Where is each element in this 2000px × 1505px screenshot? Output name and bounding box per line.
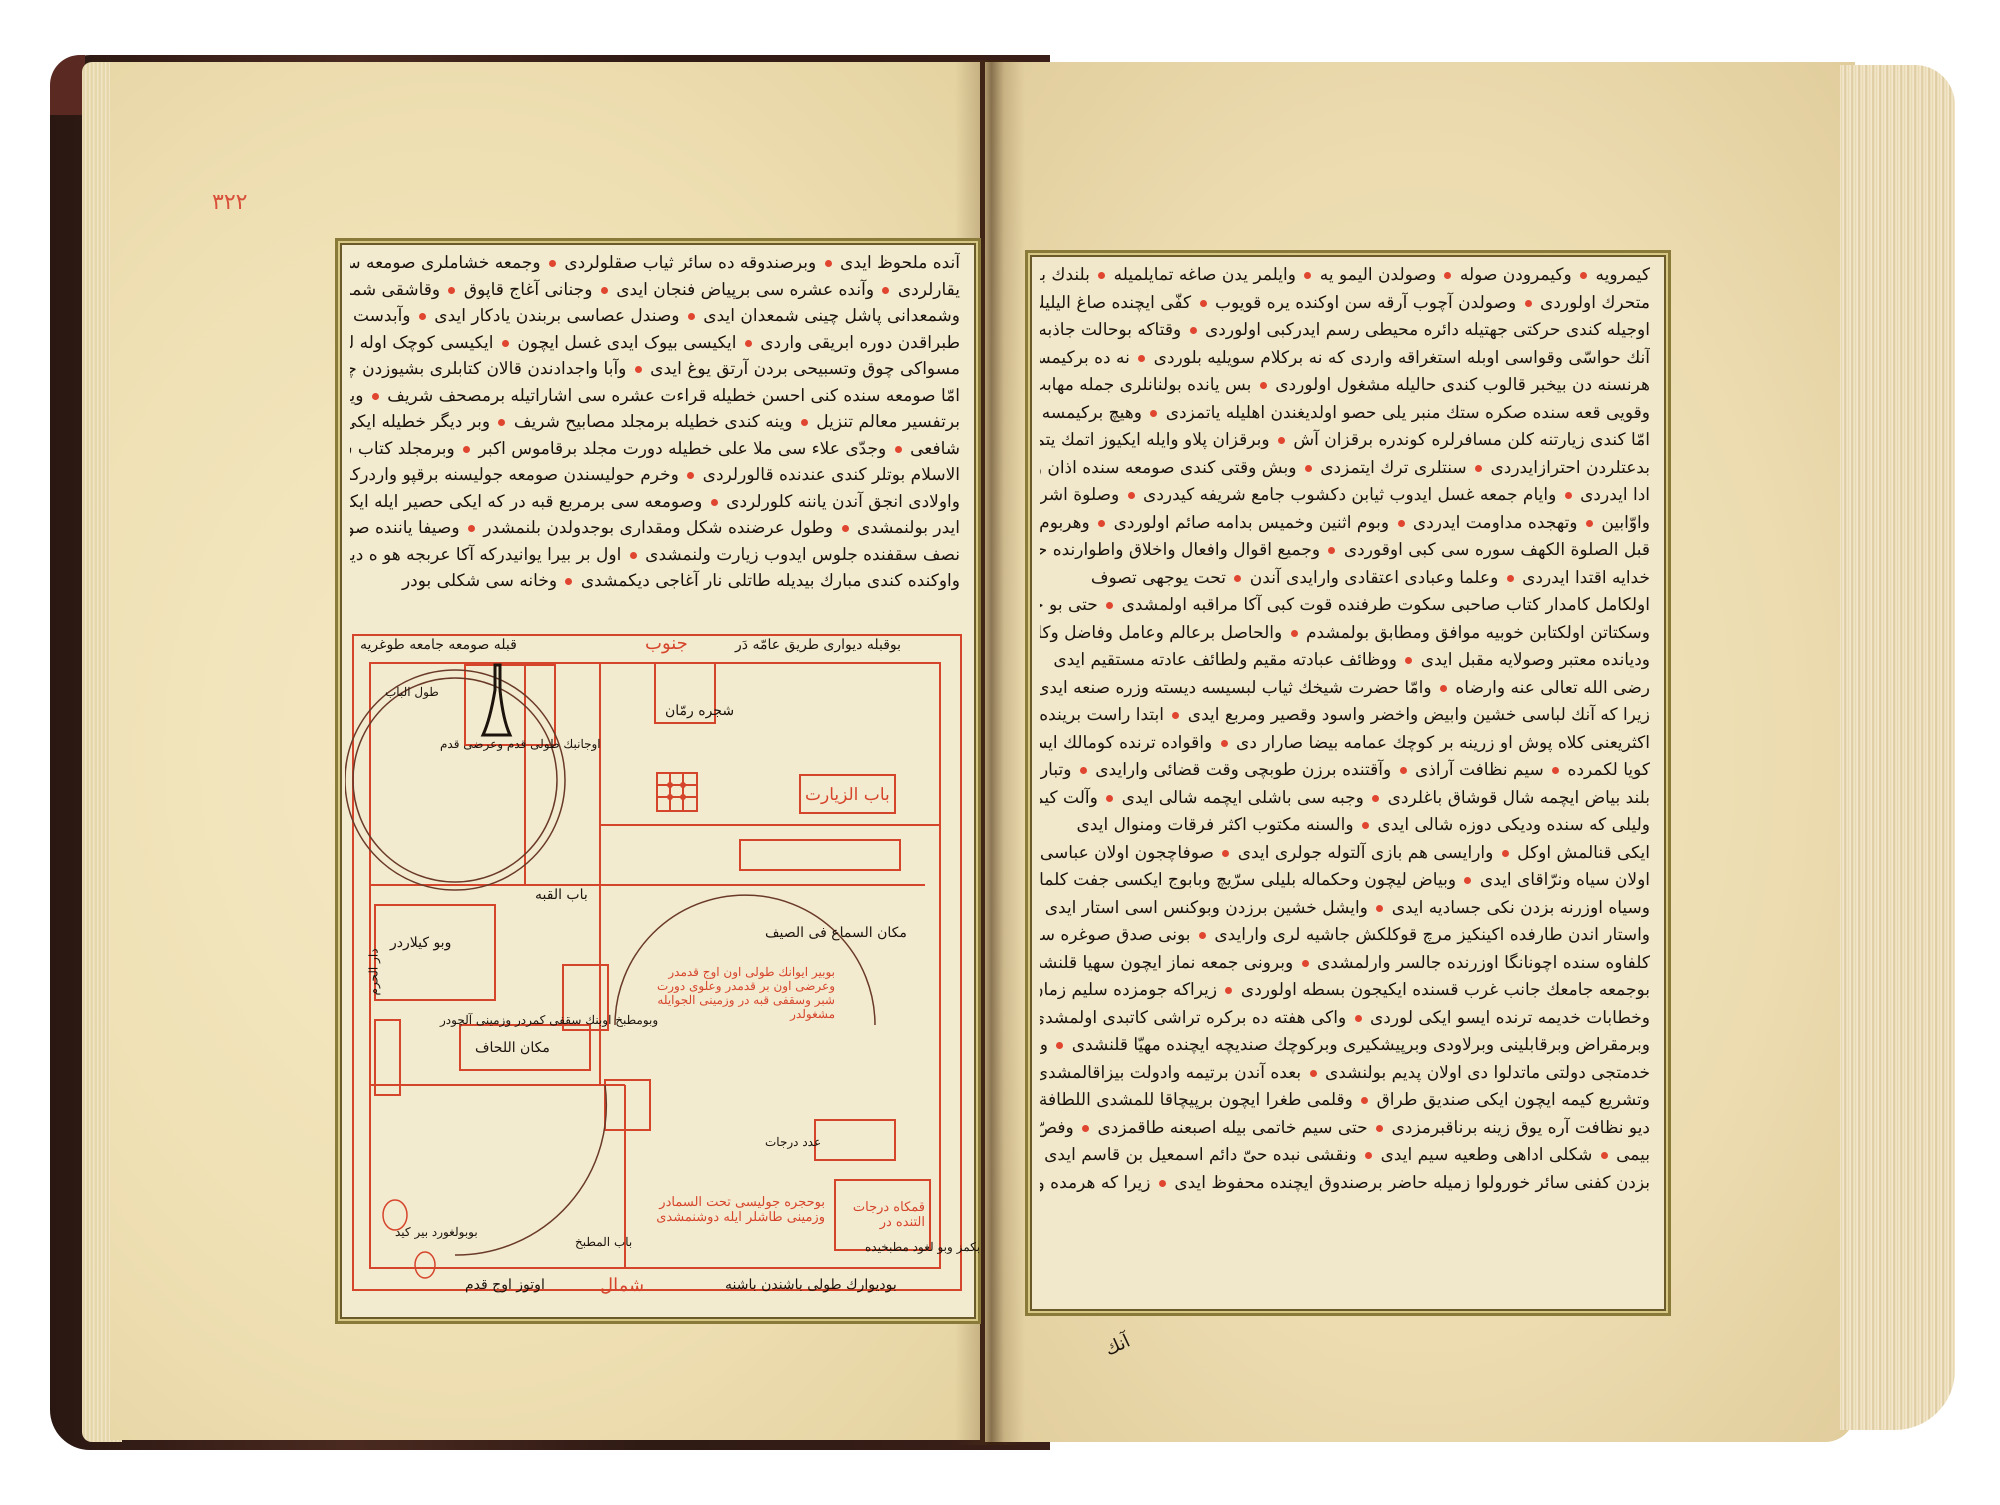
rubric-dot-icon	[502, 340, 509, 347]
left-text-line: طبراقدن دوره ابریقی واردی ایکیسی بیوک ای…	[350, 330, 960, 357]
left-text-line: برتفسیر معالم تنزیل وینه کندی خطیله برمج…	[350, 409, 960, 436]
right-text-line: بوجمعه جامعك جانب غرب قسنده ایکیجون بسطه…	[1040, 977, 1650, 1005]
iwan-dimensions-note: بوبیر ایوانك طولی اون اوج قدمدر وعرضی او…	[655, 965, 835, 1021]
rubric-dot-icon	[1199, 932, 1206, 939]
rubric-dot-icon	[1565, 492, 1572, 499]
right-text-block: کیمرویه وکیمرودن صوله وصولدن الیمو یه وا…	[1040, 262, 1650, 1302]
right-text-line: هرنسنه دن بیخبر قالوب کندی حالیله مشغول …	[1040, 372, 1650, 400]
rubric-dot-icon	[1507, 575, 1514, 582]
right-text-line: آنك حواسّی وقواسی اوبله استغراقه واردی ک…	[1040, 345, 1650, 373]
summer-sama-place-label: مکان السماع فی الصیف	[765, 925, 907, 941]
rubric-dot-icon	[1150, 410, 1157, 417]
rubric-dot-icon	[825, 260, 832, 267]
rubric-dot-icon	[1310, 1070, 1317, 1077]
rubric-dot-icon	[1400, 767, 1407, 774]
right-text-line: رضی الله تعالی عنه وارضاه وامّا حضرت شیخ…	[1040, 675, 1650, 703]
rubric-dot-icon	[1376, 905, 1383, 912]
rubric-dot-icon	[1525, 300, 1532, 307]
rubric-dot-icon	[468, 525, 475, 532]
cover-spine-band	[50, 55, 85, 115]
rubric-dot-icon	[1365, 1152, 1372, 1159]
left-text-line: شافعی وجدّی علاء سی ملا علی خطیله دورت م…	[350, 436, 960, 463]
right-text-line: بدعتلردن احترازایدردی سنتلری ترك ایتمزدی…	[1040, 455, 1650, 483]
rubric-dot-icon	[1376, 1125, 1383, 1132]
right-text-line: وخطابات خدیمه ترنده ایسو ایکی لوردی واکی…	[1040, 1005, 1650, 1033]
right-text-line: ولیلی که سنده ودیکی دوزه شالی ایدی والسن…	[1040, 812, 1650, 840]
rubric-dot-icon	[1222, 850, 1229, 857]
pomegranate-tree-label: شجره رمّان	[665, 703, 734, 719]
right-text-line: اکثریعنی کلاه پوش او زرینه بر کوچك عمامه…	[1040, 730, 1650, 758]
rubric-dot-icon	[687, 472, 694, 479]
steps-count-label: عدد درجات	[765, 1135, 821, 1149]
rubric-dot-icon	[1082, 1125, 1089, 1132]
right-text-line: واوّابین وتهجده مداومت ایدردی وبوم اثنین…	[1040, 510, 1650, 538]
rubric-dot-icon	[745, 340, 752, 347]
rubric-dot-icon	[1128, 492, 1135, 499]
right-text-line: اولان سیاه ونرّاقای ایدی وبیاض لیچون وحک…	[1040, 867, 1650, 895]
kitchen-gate-label: باب المطبخ	[575, 1235, 632, 1249]
rubric-dot-icon	[1328, 547, 1335, 554]
rubric-dot-icon	[448, 287, 455, 294]
rubric-dot-icon	[1552, 767, 1559, 774]
rubric-dot-icon	[630, 552, 637, 559]
rubric-dot-icon	[711, 499, 718, 506]
rubric-dot-icon	[1398, 520, 1405, 527]
right-text-line: ودیانده معتبر وصولایه مقبل ایدی ووظائف ع…	[1040, 647, 1650, 675]
manuscript-photo: ٣٢٢ آنده ملحوظ ایدی وبرصندوقه ده سائر ثی…	[0, 0, 2000, 1505]
top-left-caption: قبله صومعه جامعه طوغریه	[360, 637, 517, 653]
right-text-line: کلفاوه سنده اچونانگا اوزرنده جالسر وارلم…	[1040, 950, 1650, 978]
storeroom-label: وبو کیلاردر	[390, 935, 451, 951]
right-text-line: متحرك اولوردی وصولدن آچوب آرقه سن اوکنده…	[1040, 290, 1650, 318]
rubric-dot-icon	[1475, 465, 1482, 472]
rubric-dot-icon	[688, 313, 695, 320]
rubric-dot-icon	[1172, 712, 1179, 719]
rubric-dot-icon	[1098, 520, 1105, 527]
left-text-line: نصف سقفنده جلوس ایدوب زیارت ولنمشدی اول …	[350, 542, 960, 569]
right-text-line: وسکتاتن اولکتابن خوبیه موافق ومطابق بولم…	[1040, 620, 1650, 648]
right-text-line: اوجیله کندی حرکتی جهتیله دائره محیطی رسم…	[1040, 317, 1650, 345]
gate-of-visitation-label: باب الزیارت	[805, 785, 890, 805]
blanket-place-label: مکان اللحاف	[475, 1040, 550, 1056]
rubric-dot-icon	[1221, 740, 1228, 747]
right-text-line: خدایه اقتدا ایدردی وعلما وعبادی اعتقادی …	[1040, 565, 1650, 593]
right-text-line: بیمی شکلی اداهی وطعیه سیم ایدی ونقشی نبد…	[1040, 1142, 1650, 1170]
direction-south-label: جنوب	[645, 633, 688, 654]
right-text-line: خدمتجی دولتی ماتدلوا دی اولان پدیم بولنش…	[1040, 1060, 1650, 1088]
bulgur-note-label: بوبولغورد بیر کید	[395, 1225, 478, 1239]
rubric-dot-icon	[1225, 987, 1232, 994]
kitchen-corner-label: بکمز وبو لغود مطبخیده	[865, 1240, 980, 1254]
rubric-dot-icon	[549, 260, 556, 267]
rubric-dot-icon	[1234, 575, 1241, 582]
mosque-plan-diagram: جنوب شمال بوقبله دیواری طریق عامّه دَر ق…	[345, 625, 970, 1305]
right-text-line: وتشریع کیمه ایچون ایکی صندیق طراق وقلمی …	[1040, 1087, 1650, 1115]
rubric-dot-icon	[1159, 1180, 1166, 1187]
left-text-line: یقارلردی وآنده عشره سی برپیاض فنجان ایدی…	[350, 277, 960, 304]
right-text-line: واستار اندن طارفده اکینکیز مرچ قوکلکش جا…	[1040, 922, 1650, 950]
rubric-dot-icon	[565, 578, 572, 585]
top-caption: بوقبله دیواری طریق عامّه دَر	[735, 637, 901, 653]
rubric-dot-icon	[1106, 795, 1113, 802]
stair-note: قمکاه درجات التنده در	[845, 1200, 925, 1230]
direction-north-label: شمال	[600, 1275, 644, 1296]
rubric-dot-icon	[1305, 465, 1312, 472]
right-text-line: امّا کندی زیارتنه کلن مسافرلره کوندره بر…	[1040, 427, 1650, 455]
rubric-dot-icon	[498, 419, 505, 426]
right-text-line: وقویی قعه سنده صکره ستك منبر یلی حصو اول…	[1040, 400, 1650, 428]
rubric-dot-icon	[801, 419, 808, 426]
right-text-line: کویا لکمرده سیم نظافت آراذی وآقتنده برزن…	[1040, 757, 1650, 785]
rubric-dot-icon	[1260, 382, 1267, 389]
rubric-dot-icon	[1056, 1042, 1063, 1049]
haram-label: دار الحرم	[367, 948, 381, 995]
right-text-line: ادا ایدردی وایام جمعه غسل ایدوب ثیابن دک…	[1040, 482, 1650, 510]
door-length-label: طول الباب	[385, 685, 439, 699]
rubric-dot-icon	[1190, 327, 1197, 334]
kitchen-note-label: وبومطبخ اوبنك سقفی کمردر وزمینی آلچودر	[440, 1013, 658, 1027]
left-text-line: الاسلام بوتلر کندی عندنده قالورلردی وخرم…	[350, 462, 960, 489]
left-text-line: ایدر بولنمشدی وطول عرضنده شکل ومقداری بو…	[350, 515, 960, 542]
rubric-dot-icon	[895, 446, 902, 453]
rubric-dot-icon	[1405, 657, 1412, 664]
rubric-dot-icon	[372, 393, 379, 400]
folio-number: ٣٢٢	[212, 190, 247, 215]
rubric-dot-icon	[1138, 355, 1145, 362]
rubric-dot-icon	[635, 366, 642, 373]
rubric-dot-icon	[1361, 1097, 1368, 1104]
rubric-dot-icon	[1580, 272, 1587, 279]
right-text-line: زیرا که آنك لباسی خشین وابیض واخضر واسود…	[1040, 702, 1650, 730]
rubric-dot-icon	[1080, 767, 1087, 774]
rubric-dot-icon	[1372, 795, 1379, 802]
left-text-line: مسواکی چوق وتسبیحی بردن آرتق یوغ ایدی وآ…	[350, 356, 960, 383]
right-text-line: دیو نظافت آره یوق زینه برناقبرمزدی حتی س…	[1040, 1115, 1650, 1143]
rubric-dot-icon	[1355, 1015, 1362, 1022]
right-text-line: بلند بیاض ایچمه شال قوشاق باغلردی وجبه س…	[1040, 785, 1650, 813]
rubric-dot-icon	[882, 287, 889, 294]
right-page-edges	[1840, 65, 1955, 1430]
rubric-dot-icon	[1098, 272, 1105, 279]
left-text-line: واولادی انجق آندن یاننه کلورلردی وصومعه …	[350, 489, 960, 516]
right-text-line: اولکامل کامدار کتاب صاحبی سکوت طرفنده قو…	[1040, 592, 1650, 620]
right-text-line: وبرمقراض وبرقابلینی وبرلاودی وبرپیشکیری …	[1040, 1032, 1650, 1060]
bottom-left-caption: اوتوز اوج قدم	[465, 1277, 545, 1293]
left-text-line: واوکنده کندی مبارك بیدیله طاتلی نار آغاج…	[350, 568, 960, 595]
rubric-dot-icon	[1200, 300, 1207, 307]
rubric-dot-icon	[1502, 850, 1509, 857]
left-text-line: وشمعدانی پاشل چینی شمعدان ایدی وصندل عصا…	[350, 303, 960, 330]
rubric-dot-icon	[1601, 1152, 1608, 1159]
rubric-dot-icon	[1278, 437, 1285, 444]
rubric-dot-icon	[1106, 602, 1113, 609]
right-text-line: بزدن کفنی سائر خورولوا زمیله حاضر برصندو…	[1040, 1170, 1650, 1198]
right-text-line: کیمرویه وکیمرودن صوله وصولدن الیمو یه وا…	[1040, 262, 1650, 290]
courtyard-note: بوحجره جولیسی تحت السمادر وزمینی طاشلر ا…	[635, 1195, 825, 1225]
rubric-dot-icon	[1304, 272, 1311, 279]
rubric-dot-icon	[1440, 685, 1447, 692]
rubric-dot-icon	[1302, 960, 1309, 967]
rubric-dot-icon	[1586, 520, 1593, 527]
bottom-caption: بودیوارك طولی باشندن باشنه	[725, 1277, 897, 1293]
left-text-line: آنده ملحوظ ایدی وبرصندوقه ده سائر ثیاب ص…	[350, 250, 960, 277]
right-text-line: قبل الصلوة الکهف سوره سی کبی اوقوردی وجم…	[1040, 537, 1650, 565]
rubric-dot-icon	[463, 446, 470, 453]
rubric-dot-icon	[419, 313, 426, 320]
rubric-dot-icon	[601, 287, 608, 294]
right-text-line: وسیاه اوزرنه بزدن نکی جسادیه ایدی وایشل …	[1040, 895, 1650, 923]
rubric-dot-icon	[1464, 877, 1471, 884]
left-text-block: آنده ملحوظ ایدی وبرصندوقه ده سائر ثیاب ص…	[350, 250, 960, 620]
rubric-dot-icon	[1444, 272, 1451, 279]
rubric-dot-icon	[842, 525, 849, 532]
circle-dimensions-note: اوجانبك طولی قدم وعرضی قدم	[440, 737, 601, 751]
dome-gate-label: باب القبه	[535, 887, 588, 903]
left-text-line: امّا صومعه سنده کنی احسن خطیله قراءت عشر…	[350, 383, 960, 410]
rubric-dot-icon	[1362, 822, 1369, 829]
rubric-dot-icon	[1291, 630, 1298, 637]
right-text-line: ایکی قنالمش اوکل وارایسی هم بازی آلتوله …	[1040, 840, 1650, 868]
